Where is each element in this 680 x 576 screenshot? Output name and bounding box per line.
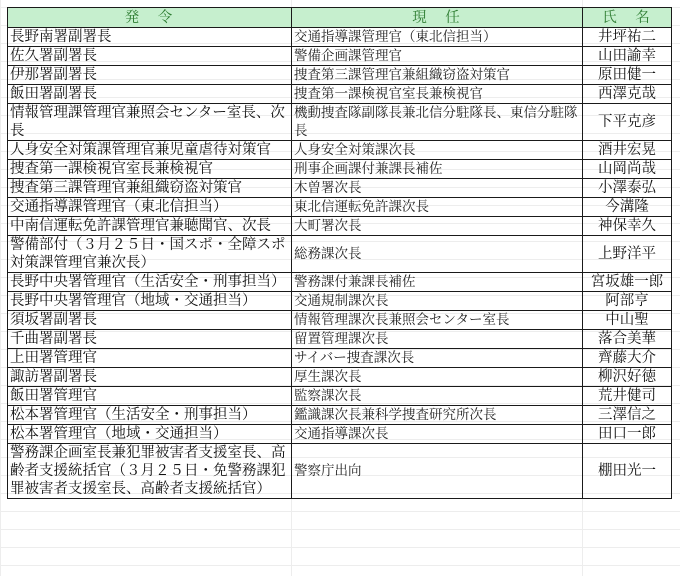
name-cell[interactable]: 田口一郎	[583, 425, 672, 444]
current-post-cell[interactable]: 交通規制課次長	[292, 292, 583, 311]
name-cell[interactable]: 棚田光一	[583, 444, 672, 499]
current-post-cell[interactable]: 情報管理課次長兼照会センター室長	[292, 311, 583, 330]
name-cell[interactable]: 神保幸久	[583, 217, 672, 236]
new-post-cell[interactable]: 須坂署副署長	[8, 311, 292, 330]
new-post-cell[interactable]: 警務課企画室長兼犯罪被害者支援室長、高齢者支援統括官（３月２５日・免警務課犯罪被…	[8, 444, 292, 499]
table-row: 佐久署副署長 警備企画課管理官 山田諭幸	[8, 47, 672, 66]
table-row: 長野南署副署長 交通指導課管理官（東北信担当） 井坪祐二	[8, 28, 672, 47]
new-post-cell[interactable]: 捜査第三課管理官兼組織窃盗対策官	[8, 179, 292, 198]
table-row: 飯田署管理官 監察課次長 荒井健司	[8, 387, 672, 406]
name-cell[interactable]: 上野洋平	[583, 236, 672, 273]
name-cell[interactable]: 小澤泰弘	[583, 179, 672, 198]
current-post-cell[interactable]: 捜査第三課管理官兼組織窃盗対策官	[292, 66, 583, 85]
new-post-cell[interactable]: 松本署管理官（地域・交通担当）	[8, 425, 292, 444]
new-post-cell[interactable]: 伊那署副署長	[8, 66, 292, 85]
table-row: 飯田署副署長 捜査第一課検視官室長兼検視官 西澤克哉	[8, 85, 672, 104]
current-post-cell[interactable]: 警備企画課管理官	[292, 47, 583, 66]
current-post-cell[interactable]: 留置管理課次長	[292, 330, 583, 349]
new-post-cell[interactable]: 飯田署副署長	[8, 85, 292, 104]
name-cell[interactable]: 山岡尚哉	[583, 160, 672, 179]
name-cell[interactable]: 原田健一	[583, 66, 672, 85]
new-post-cell[interactable]: 佐久署副署長	[8, 47, 292, 66]
name-cell[interactable]: 井坪祐二	[583, 28, 672, 47]
name-cell[interactable]: 下平克彦	[583, 104, 672, 141]
name-cell[interactable]: 落合美華	[583, 330, 672, 349]
table-row: 警務課企画室長兼犯罪被害者支援室長、高齢者支援統括官（３月２５日・免警務課犯罪被…	[8, 444, 672, 499]
name-cell[interactable]: 中山聖	[583, 311, 672, 330]
table-row: 人身安全対策課管理官兼児童虐待対策官 人身安全対策課次長 酒井宏晃	[8, 141, 672, 160]
current-post-cell[interactable]: 交通指導課管理官（東北信担当）	[292, 28, 583, 47]
table-row: 捜査第一課検視官室長兼検視官 刑事企画課付兼課長補佐 山岡尚哉	[8, 160, 672, 179]
table-row: 捜査第三課管理官兼組織窃盗対策官 木曽署次長 小澤泰弘	[8, 179, 672, 198]
header-new-post[interactable]: 発 令	[8, 8, 292, 28]
new-post-cell[interactable]: 人身安全対策課管理官兼児童虐待対策官	[8, 141, 292, 160]
table-row: 長野中央署管理官（地域・交通担当） 交通規制課次長 阿部亨	[8, 292, 672, 311]
name-cell[interactable]: 西澤克哉	[583, 85, 672, 104]
new-post-cell[interactable]: 中南信運転免許課管理官兼聴聞官、次長	[8, 217, 292, 236]
name-cell[interactable]: 山田諭幸	[583, 47, 672, 66]
table-row: 警備部付（３月２５日・国スポ・全障スポ対策課管理官兼次長） 総務課次長 上野洋平	[8, 236, 672, 273]
table-row: 交通指導課管理官（東北信担当） 東北信運転免許課次長 今溝隆	[8, 198, 672, 217]
current-post-cell[interactable]: 警務課付兼課長補佐	[292, 273, 583, 292]
name-cell[interactable]: 阿部亨	[583, 292, 672, 311]
table-row: 千曲署副署長 留置管理課次長 落合美華	[8, 330, 672, 349]
personnel-transfer-table: 発 令 現 任 氏 名 長野南署副署長 交通指導課管理官（東北信担当） 井坪祐二…	[7, 7, 672, 499]
header-current-post[interactable]: 現 任	[292, 8, 583, 28]
current-post-cell[interactable]: 捜査第一課検視官室長兼検視官	[292, 85, 583, 104]
new-post-cell[interactable]: 上田署管理官	[8, 349, 292, 368]
new-post-cell[interactable]: 警備部付（３月２５日・国スポ・全障スポ対策課管理官兼次長）	[8, 236, 292, 273]
current-post-cell[interactable]: サイバー捜査課次長	[292, 349, 583, 368]
name-cell[interactable]: 宮坂雄一郎	[583, 273, 672, 292]
current-post-cell[interactable]: 大町署次長	[292, 217, 583, 236]
current-post-cell[interactable]: 総務課次長	[292, 236, 583, 273]
name-cell[interactable]: 齊藤大介	[583, 349, 672, 368]
current-post-cell[interactable]: 警察庁出向	[292, 444, 583, 499]
new-post-cell[interactable]: 諏訪署副署長	[8, 368, 292, 387]
table-row: 長野中央署管理官（生活安全・刑事担当） 警務課付兼課長補佐 宮坂雄一郎	[8, 273, 672, 292]
new-post-cell[interactable]: 松本署管理官（生活安全・刑事担当）	[8, 406, 292, 425]
new-post-cell[interactable]: 情報管理課管理官兼照会センター室長、次長	[8, 104, 292, 141]
new-post-cell[interactable]: 交通指導課管理官（東北信担当）	[8, 198, 292, 217]
new-post-cell[interactable]: 飯田署管理官	[8, 387, 292, 406]
current-post-cell[interactable]: 監察課次長	[292, 387, 583, 406]
current-post-cell[interactable]: 東北信運転免許課次長	[292, 198, 583, 217]
table-row: 中南信運転免許課管理官兼聴聞官、次長 大町署次長 神保幸久	[8, 217, 672, 236]
new-post-cell[interactable]: 長野中央署管理官（生活安全・刑事担当）	[8, 273, 292, 292]
name-cell[interactable]: 酒井宏晃	[583, 141, 672, 160]
current-post-cell[interactable]: 厚生課次長	[292, 368, 583, 387]
current-post-cell[interactable]: 人身安全対策課次長	[292, 141, 583, 160]
table-row: 松本署管理官（地域・交通担当） 交通指導課次長 田口一郎	[8, 425, 672, 444]
new-post-cell[interactable]: 捜査第一課検視官室長兼検視官	[8, 160, 292, 179]
current-post-cell[interactable]: 鑑識課次長兼科学捜査研究所次長	[292, 406, 583, 425]
table-row: 情報管理課管理官兼照会センター室長、次長 機動捜査隊副隊長兼北信分駐隊長、東信分…	[8, 104, 672, 141]
name-cell[interactable]: 荒井健司	[583, 387, 672, 406]
table-row: 須坂署副署長 情報管理課次長兼照会センター室長 中山聖	[8, 311, 672, 330]
current-post-cell[interactable]: 交通指導課次長	[292, 425, 583, 444]
new-post-cell[interactable]: 長野南署副署長	[8, 28, 292, 47]
header-name[interactable]: 氏 名	[583, 8, 672, 28]
current-post-cell[interactable]: 機動捜査隊副隊長兼北信分駐隊長、東信分駐隊長	[292, 104, 583, 141]
table-row: 松本署管理官（生活安全・刑事担当） 鑑識課次長兼科学捜査研究所次長 三澤信之	[8, 406, 672, 425]
table-row: 諏訪署副署長 厚生課次長 柳沢好徳	[8, 368, 672, 387]
name-cell[interactable]: 今溝隆	[583, 198, 672, 217]
current-post-cell[interactable]: 木曽署次長	[292, 179, 583, 198]
name-cell[interactable]: 三澤信之	[583, 406, 672, 425]
current-post-cell[interactable]: 刑事企画課付兼課長補佐	[292, 160, 583, 179]
header-row: 発 令 現 任 氏 名	[8, 8, 672, 28]
new-post-cell[interactable]: 長野中央署管理官（地域・交通担当）	[8, 292, 292, 311]
name-cell[interactable]: 柳沢好徳	[583, 368, 672, 387]
new-post-cell[interactable]: 千曲署副署長	[8, 330, 292, 349]
table-row: 上田署管理官 サイバー捜査課次長 齊藤大介	[8, 349, 672, 368]
table-row: 伊那署副署長 捜査第三課管理官兼組織窃盗対策官 原田健一	[8, 66, 672, 85]
